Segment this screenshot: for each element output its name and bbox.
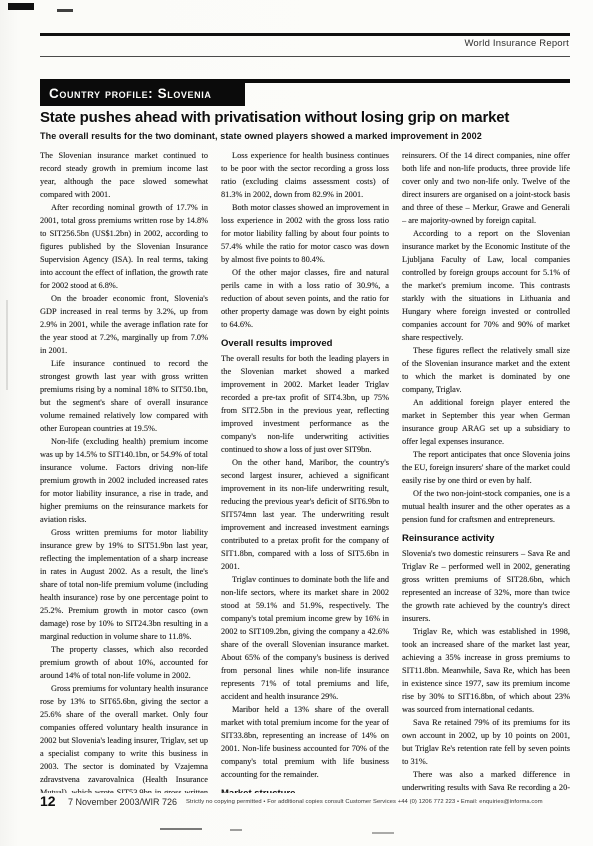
paragraph: The overall results for both the leading… [221,352,389,456]
section-kicker: Country profile: Slovenia [40,82,245,106]
paragraph: On the other hand, Maribor, the country'… [221,456,389,573]
scan-artifact [8,3,34,10]
paragraph: Slovenia's two domestic reinsurers – Sav… [402,547,570,625]
scan-artifact [230,829,242,831]
paragraph: Gross premiums for voluntary health insu… [40,682,208,793]
paragraph: reinsurers. Of the 14 direct companies, … [402,149,570,227]
paragraph: These figures reflect the relatively sma… [402,344,570,396]
section-heading: Overall results improved [221,337,389,350]
paragraph: An additional foreign player entered the… [402,396,570,448]
paragraph: Of the other major classes, fire and nat… [221,266,389,331]
paragraph: Non-life (excluding health) premium inco… [40,435,208,526]
scan-artifact [160,828,202,830]
paragraph: The property classes, which also recorde… [40,643,208,682]
page-number: 12 [40,793,56,809]
paragraph: Life insurance continued to record the s… [40,357,208,435]
header-rule-top [40,33,570,36]
scan-artifact [372,832,394,834]
article-column-2: Loss experience for health business cont… [221,149,389,793]
header-rule-thin [40,56,570,57]
paragraph: Maribor held a 13% share of the overall … [221,703,389,781]
article-column-3: reinsurers. Of the 14 direct companies, … [402,149,570,793]
section-heading: Reinsurance activity [402,532,570,545]
paragraph: Both motor classes showed an improvement… [221,201,389,266]
paragraph: After recording nominal growth of 17.7% … [40,201,208,292]
scanned-report-page: World Insurance Report Country profile: … [0,0,593,846]
paragraph: The Slovenian insurance market continued… [40,149,208,201]
scan-artifact [6,300,8,390]
issue-date: 7 November 2003/WIR 726 [68,797,177,807]
article-standfirst: The overall results for the two dominant… [40,131,580,141]
scan-artifact [57,9,73,12]
paragraph: On the broader economic front, Slovenia'… [40,292,208,357]
paragraph: There was also a marked difference in un… [402,768,570,793]
paragraph: The report anticipates that once Sloveni… [402,448,570,487]
paragraph: Gross written premiums for motor liabili… [40,526,208,643]
paragraph: Of the two non-joint-stock companies, on… [402,487,570,526]
paragraph: Loss experience for health business cont… [221,149,389,201]
copyright-notice: Strictly no copying permitted • For addi… [186,799,586,805]
article-headline: State pushes ahead with privatisation wi… [40,109,585,126]
article-column-1: The Slovenian insurance market continued… [40,149,208,793]
paragraph: Triglav Re, which was established in 199… [402,625,570,716]
section-heading: Market structure [221,787,389,793]
paragraph: According to a report on the Slovenian i… [402,227,570,344]
article-body: The Slovenian insurance market continued… [40,149,570,793]
paragraph: Sava Re retained 79% of its premiums for… [402,716,570,768]
paragraph: Triglav continues to dominate both the l… [221,573,389,703]
publication-title: World Insurance Report [464,38,569,49]
